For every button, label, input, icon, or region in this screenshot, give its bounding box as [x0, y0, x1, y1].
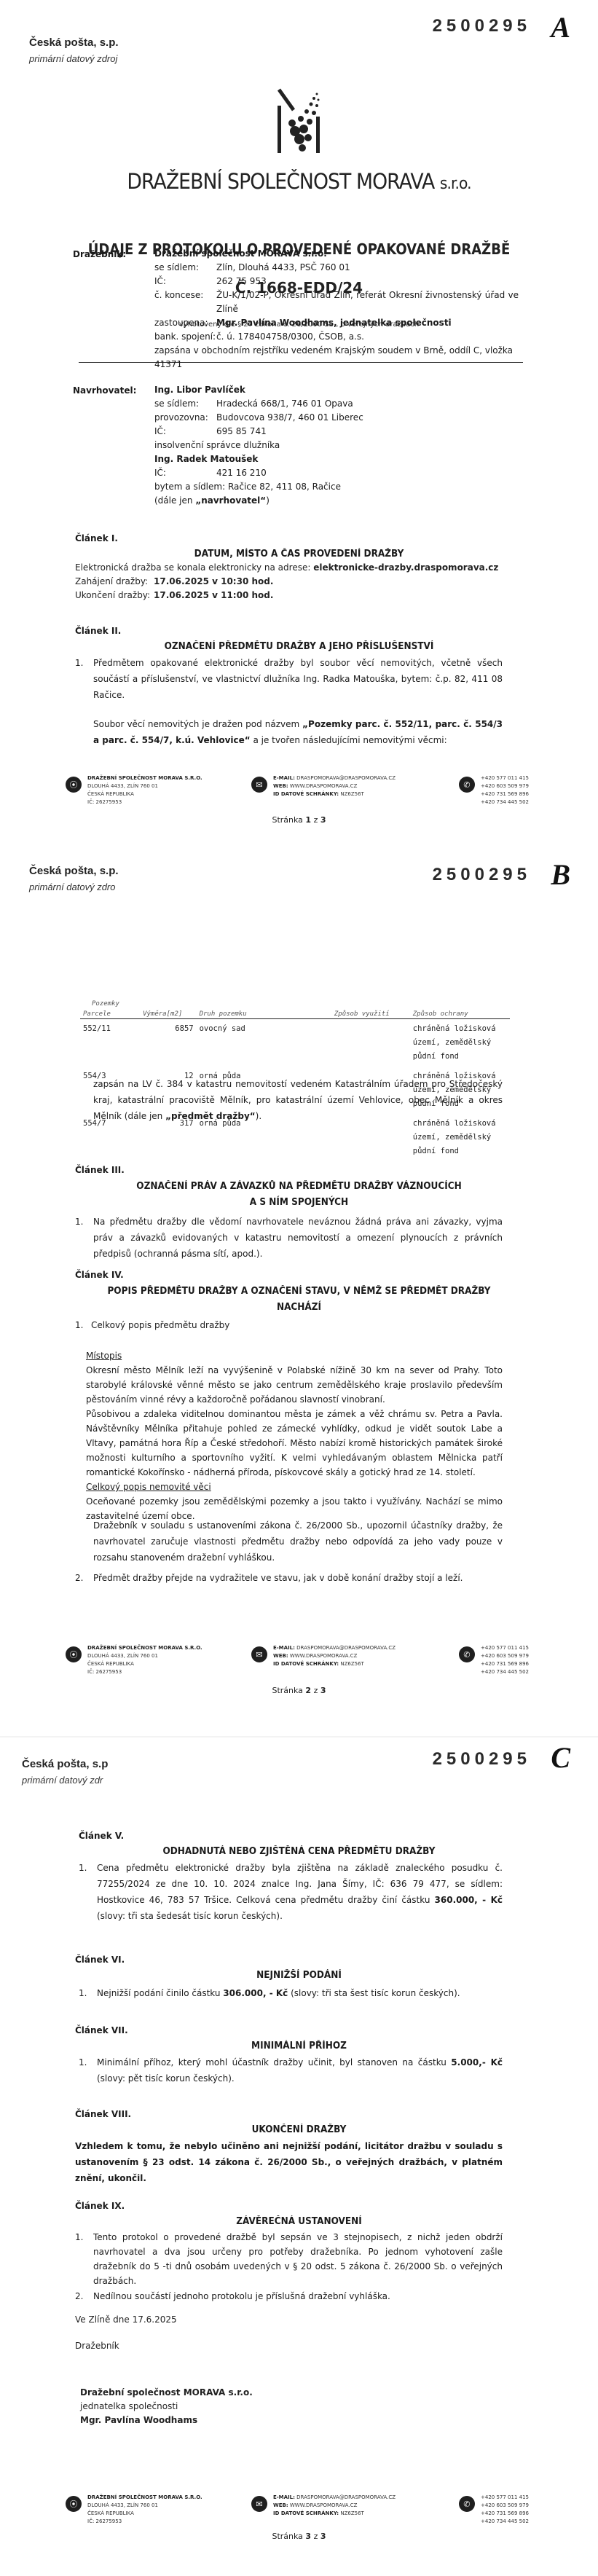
article-3-item-1: 1. Na předmětu dražby dle vědomí navrhov…: [75, 1214, 503, 1262]
table-cell: ovocný sad: [197, 1019, 331, 1067]
debtor-address: bytem a sídlem: Račice 82, 411 08, Račic…: [154, 480, 519, 494]
article-1-body: Elektronická dražba se konala elektronic…: [75, 561, 512, 602]
field-value: Budovcova 938/7, 460 01 Liberec: [216, 411, 519, 425]
field-value: č. ú. 178404758/0300, ČSOB, a.s.: [216, 330, 519, 344]
column-header: Způsob ochrany: [410, 1010, 510, 1019]
title-line: OZNAČENÍ PRÁV A ZÁVAZKŮ NA PŘEDMĚTU DRAŽ…: [21, 1179, 578, 1195]
email-label: E-MAIL:: [273, 2494, 295, 2500]
footer-ic: IČ: 26275953: [87, 798, 202, 806]
article-8-title: UKONČENÍ DRAŽBY: [21, 2122, 578, 2138]
article-1-label: Článek I.: [75, 533, 118, 543]
article-4-label: Článek IV.: [75, 1270, 124, 1280]
field-label: IČ:: [154, 466, 216, 480]
column-header: Způsob využití: [331, 1010, 410, 1019]
field-label: IČ:: [154, 425, 216, 439]
footer-phone: +420 577 011 415: [481, 1644, 529, 1652]
page-label: Stránka: [272, 815, 302, 825]
list-number: 1.: [75, 1214, 83, 1230]
footer-address: DLOUHÁ 4433, ZLÍN 760 01: [87, 782, 202, 790]
paragraph-text: Předmětem opakované elektronické dražby …: [93, 655, 503, 703]
page-2: Česká pošta, s.p. primární datový zdro 2…: [0, 849, 598, 1737]
page-1: Česká pošta, s.p. primární datový zdroj …: [0, 0, 598, 849]
field-value: 421 16 210: [216, 466, 519, 480]
article-8-body: Vzhledem k tomu, že nebylo učiněno ani n…: [75, 2138, 503, 2186]
ds-label: ID DATOVÉ SCHRÁNKY:: [273, 791, 339, 797]
article-2-title: OZNAČENÍ PŘEDMĚTU DRAŽBY A JEHO PŘÍSLUŠE…: [21, 639, 578, 655]
page-number: Stránka 1 z 3: [0, 815, 598, 825]
signature-company: Dražební společnost MORAVA s.r.o.: [80, 2386, 253, 2400]
paragraph-text: Nedílnou součástí jednoho protokolu je p…: [93, 2288, 503, 2304]
footer-ds: NZ6Z56T: [340, 2510, 363, 2516]
article-4-description: Místopis Okresní město Mělník leží na vy…: [86, 1348, 503, 1523]
table-row: 552/116857ovocný sadchráněná ložisková ú…: [80, 1019, 510, 1067]
place-date: Ve Zlíně dne 17.6.2025: [75, 2313, 177, 2327]
envelope-icon: ✉: [251, 777, 267, 793]
phone-icon: ✆: [459, 1646, 475, 1662]
footer-address: DLOUHÁ 4433, ZLÍN 760 01: [87, 2502, 202, 2510]
table-cell: [331, 1019, 410, 1067]
article-9-item-1: 1. Tento protokol o provedené dražbě byl…: [75, 2230, 503, 2288]
ds-label: ID DATOVÉ SCHRÁNKY:: [273, 2510, 339, 2516]
minimum-increment: 5.000,- Kč: [451, 2057, 503, 2068]
company-name-text: DRAŽEBNÍ SPOLEČNOST MORAVA: [127, 169, 434, 194]
lot-prefix: Soubor věcí nemovitých je dražen pod náz…: [93, 719, 302, 729]
paragraph-text: Předmět dražby přejde na vydražitele ve …: [93, 1570, 503, 1586]
article-9-item-2: 2. Nedílnou součástí jednoho protokolu j…: [75, 2288, 503, 2304]
page-total: 3: [320, 2532, 326, 2541]
paragraph-text: Na předmětu dražby dle vědomí navrhovate…: [93, 1214, 503, 1262]
footer-phone: +420 603 509 979: [481, 2502, 529, 2510]
article-9-title: ZÁVĚREČNÁ USTANOVENÍ: [21, 2214, 578, 2230]
field-label: bank. spojení:: [154, 330, 216, 344]
auctioneer-block: Dražební společnost MORAVA s.r.o. se síd…: [154, 247, 519, 372]
page-letter: A: [551, 10, 570, 44]
article-7-item-1: 1. Minimální příhoz, který mohl účastník…: [79, 2054, 503, 2086]
list-number: 1.: [79, 1860, 87, 1876]
start-label: Zahájení dražby:: [75, 575, 154, 589]
footer-phone: +420 734 445 502: [481, 798, 529, 806]
field-value: 695 85 741: [216, 425, 519, 439]
field-label: se sídlem:: [154, 397, 216, 411]
auction-intro: Elektronická dražba se konala elektronic…: [75, 562, 313, 573]
paragraph-text: Působivou a zdaleka viditelnou dominanto…: [86, 1407, 503, 1480]
footer-email[interactable]: DRASPOMORAVA@DRASPOMORAVA.CZ: [296, 1645, 396, 1651]
footer-phone: +420 603 509 979: [481, 1652, 529, 1660]
footer-phone: +420 603 509 979: [481, 782, 529, 790]
footer-phone: +420 734 445 502: [481, 2518, 529, 2526]
footer-ds: NZ6Z56T: [340, 1661, 363, 1667]
auctioneer-name: Dražební společnost MORAVA s.r.o.: [154, 247, 519, 261]
registry-text: zapsán na LV č. 384 v katastru nemovitos…: [93, 1079, 503, 1121]
registry-suffix: ).: [256, 1111, 262, 1121]
list-number: 1.: [79, 2054, 87, 2070]
debtor-name: Ing. Radek Matoušek: [154, 452, 519, 466]
phone-icon: ✆: [459, 2496, 475, 2512]
footer-country: ČESKÁ REPUBLIKA: [87, 1660, 202, 1668]
article-1-title: DATUM, MÍSTO A ČAS PROVEDENÍ DRAŽBY: [21, 546, 578, 562]
alias-prefix: (dále jen: [154, 495, 195, 506]
paragraph-text: Nejnižší podání činilo částku 306.000, -…: [97, 1985, 503, 2001]
column-header: Druh pozemku: [197, 1010, 331, 1019]
article-2-item-1: 1. Předmětem opakované elektronické draž…: [75, 655, 503, 703]
envelope-icon: ✉: [251, 2496, 267, 2512]
page-sep: z: [314, 1686, 318, 1695]
phone-icon: ✆: [459, 777, 475, 793]
footer-phone: +420 577 011 415: [481, 774, 529, 782]
auctioneer-label: Dražebník:: [73, 249, 126, 259]
list-number: 1.: [75, 1317, 83, 1333]
footer-phone: +420 577 011 415: [481, 2494, 529, 2502]
list-number: 2.: [75, 1570, 83, 1586]
article-4-item-2: 2. Předmět dražby přejde na vydražitele …: [75, 1570, 503, 1586]
page-letter: B: [551, 857, 570, 892]
footer-phone: +420 731 569 896: [481, 790, 529, 798]
paragraph-text: Celkový popis předmětu dražby: [91, 1317, 503, 1333]
post-source: primární datový zdr: [22, 1775, 108, 1786]
post-stamp: Česká pošta, s.p. primární datový zdro: [29, 865, 119, 892]
post-stamp: Česká pošta, s.p. primární datový zdroj: [29, 36, 119, 64]
footer-web[interactable]: WWW.DRASPOMORAVA.CZ: [290, 1653, 358, 1659]
proposer-alias: (dále jen „navrhovatel“): [154, 494, 519, 508]
estimated-price: 360.000, - Kč: [435, 1895, 503, 1905]
signature-role: Dražebník: [75, 2339, 119, 2353]
table-cell: chráněná ložisková území, zemědělský půd…: [410, 1019, 510, 1067]
page-letter: C: [551, 1740, 570, 1775]
article-4-item-1: 1. Celkový popis předmětu dražby: [75, 1317, 503, 1333]
web-label: WEB:: [273, 1653, 288, 1659]
proposer-role: insolvenční správce dlužníka: [154, 439, 519, 452]
table-cell: 6857: [140, 1019, 197, 1067]
field-value: ŽU-K/1/02-P, Okresní úřad Zlín, referát …: [216, 288, 519, 316]
end-label: Ukončení dražby:: [75, 589, 154, 602]
paragraph-text: Okresní město Mělník leží na vyvýšenině …: [86, 1363, 503, 1407]
footer-email[interactable]: DRASPOMORAVA@DRASPOMORAVA.CZ: [296, 775, 396, 781]
lot-suffix: a je tvořen následujícími nemovitými věc…: [251, 735, 447, 745]
article-3-label: Článek III.: [75, 1165, 125, 1175]
alias: „navrhovatel“: [195, 495, 266, 506]
paragraph-text: Cena předmětu elektronické dražby byla z…: [97, 1860, 503, 1924]
table-cell: 552/11: [80, 1019, 140, 1067]
article-5-label: Článek V.: [79, 1831, 124, 1841]
post-stamp: Česká pošta, s.p primární datový zdr: [22, 1758, 108, 1786]
lowest-bid: 306.000, - Kč: [223, 1988, 288, 1998]
field-value: Hradecká 668/1, 746 01 Opava: [216, 397, 519, 411]
footer-ds: NZ6Z56T: [340, 791, 363, 797]
article-6-item-1: 1. Nejnižší podání činilo částku 306.000…: [79, 1985, 503, 2001]
page-total: 3: [320, 1686, 326, 1695]
paragraph-text: Minimální příhoz, který mohl účastník dr…: [97, 2054, 503, 2086]
field-value: Zlín, Dlouhá 4433, PSČ 760 01: [216, 261, 519, 275]
field-label: zastoupena:: [154, 316, 216, 330]
company-name: DRAŽEBNÍ SPOLEČNOST MORAVA s.r.o.: [24, 169, 574, 194]
footer-company: DRAŽEBNÍ SPOLEČNOST MORAVA S.R.O.: [87, 2494, 202, 2502]
column-header: Parcele: [80, 1010, 140, 1019]
post-name: Česká pošta, s.p.: [29, 36, 119, 49]
field-value: 262 75 953: [216, 275, 519, 288]
article-6-label: Článek VI.: [75, 1955, 125, 1965]
reference-number: 2500295: [433, 16, 531, 36]
registry-note: zapsána v obchodním rejstříku vedeném Kr…: [154, 344, 519, 372]
increment-text: Minimální příhoz, který mohl účastník dr…: [97, 2057, 451, 2068]
web-label: WEB:: [273, 783, 288, 789]
footer-address: DLOUHÁ 4433, ZLÍN 760 01: [87, 1652, 202, 1660]
title-line: A S NÍM SPOJENÝCH: [21, 1195, 578, 1211]
footer-phone: +420 731 569 896: [481, 1660, 529, 1668]
proposer-name: Ing. Libor Pavlíček: [154, 383, 519, 397]
article-7-label: Článek VII.: [75, 2025, 128, 2035]
email-label: E-MAIL:: [273, 1645, 295, 1651]
page-3: Česká pošta, s.p primární datový zdr 250…: [0, 1737, 598, 2576]
footer-ic: IČ: 26275953: [87, 2518, 202, 2526]
company-suffix: s.r.o.: [440, 175, 471, 193]
footer-phone: +420 731 569 896: [481, 2510, 529, 2518]
article-5-title: ODHADNUTÁ NEBO ZJIŠTĚNÁ CENA PŘEDMĚTU DR…: [21, 1844, 578, 1860]
table-caption: Pozemky: [92, 1000, 119, 1008]
footer-company: DRAŽEBNÍ SPOLEČNOST MORAVA S.R.O.: [87, 774, 202, 782]
field-label: č. koncese:: [154, 288, 216, 316]
envelope-icon: ✉: [251, 1646, 267, 1662]
end-value: 17.06.2025 v 11:00 hod.: [154, 589, 273, 602]
location-pin-icon: ⦿: [66, 2496, 82, 2512]
article-8-label: Článek VIII.: [75, 2109, 131, 2119]
article-4-note: Dražebník v souladu s ustanoveními zákon…: [93, 1517, 503, 1566]
post-name: Česká pošta, s.p.: [29, 865, 119, 877]
list-number: 2.: [75, 2288, 83, 2304]
article-2-registry: zapsán na LV č. 384 v katastru nemovitos…: [93, 1076, 503, 1124]
page-current: 1: [305, 815, 311, 825]
list-number: 1.: [75, 655, 83, 671]
page-label: Stránka: [272, 1686, 302, 1695]
article-3-title: OZNAČENÍ PRÁV A ZÁVAZKŮ NA PŘEDMĚTU DRAŽ…: [21, 1179, 578, 1211]
alias-suffix: ): [266, 495, 270, 506]
page-number: Stránka 3 z 3: [0, 2532, 598, 2541]
reference-number: 2500295: [433, 865, 531, 885]
subheading-popis: Celkový popis nemovité věci: [86, 1482, 211, 1492]
title-line: NACHÁZÍ: [21, 1300, 578, 1316]
post-source: primární datový zdro: [29, 881, 119, 892]
field-label: se sídlem:: [154, 261, 216, 275]
bid-text: Nejnižší podání činilo částku: [97, 1988, 223, 1998]
price-words: (slovy: tři sta šedesát tisíc korun česk…: [97, 1911, 283, 1921]
subheading-mistopis: Místopis: [86, 1351, 122, 1361]
field-value: Mgr. Pavlína Woodhams, jednatelka společ…: [216, 316, 519, 330]
list-number: 1.: [75, 2230, 83, 2245]
footer-web[interactable]: WWW.DRASPOMORAVA.CZ: [290, 2502, 358, 2508]
paragraph-text: Tento protokol o provedené dražbě byl se…: [93, 2230, 503, 2288]
article-2-lot-name: Soubor věcí nemovitých je dražen pod náz…: [93, 716, 503, 748]
footer-company: DRAŽEBNÍ SPOLEČNOST MORAVA S.R.O.: [87, 1644, 202, 1652]
footer-country: ČESKÁ REPUBLIKA: [87, 2510, 202, 2518]
footer-web[interactable]: WWW.DRASPOMORAVA.CZ: [290, 783, 358, 789]
reference-number: 2500295: [433, 1749, 531, 1770]
page-current: 3: [305, 2532, 311, 2541]
bid-words: (slovy: tři sta šest tisíc korun českých…: [288, 1988, 460, 1998]
page-number: Stránka 2 z 3: [0, 1686, 598, 1695]
page-label: Stránka: [272, 2532, 302, 2541]
footer-country: ČESKÁ REPUBLIKA: [87, 790, 202, 798]
increment-words: (slovy: pět tisíc korun českých).: [97, 2073, 235, 2084]
post-name: Česká pošta, s.p: [22, 1758, 108, 1770]
footer-email[interactable]: DRASPOMORAVA@DRASPOMORAVA.CZ: [296, 2494, 396, 2500]
footer-phone: +420 734 445 502: [481, 1668, 529, 1676]
article-7-title: MINIMÁLNÍ PŘÍHOZ: [21, 2038, 578, 2054]
proposer-label: Navrhovatel:: [73, 385, 136, 396]
start-value: 17.06.2025 v 10:30 hod.: [154, 575, 273, 589]
web-label: WEB:: [273, 2502, 288, 2508]
email-label: E-MAIL:: [273, 775, 295, 781]
proposer-block: Ing. Libor Pavlíček se sídlem:Hradecká 6…: [154, 383, 519, 508]
location-pin-icon: ⦿: [66, 777, 82, 793]
signature-position: jednatelka společnosti: [80, 2400, 253, 2414]
registry-alias: „předmět dražby“: [165, 1111, 256, 1121]
article-4-title: POPIS PŘEDMĚTU DRAŽBY A OZNAČENÍ STAVU, …: [21, 1284, 578, 1316]
field-label: IČ:: [154, 275, 216, 288]
page-sep: z: [314, 2532, 318, 2541]
signature-name: Mgr. Pavlína Woodhams: [80, 2414, 253, 2427]
title-line: POPIS PŘEDMĚTU DRAŽBY A OZNAČENÍ STAVU, …: [21, 1284, 578, 1300]
location-pin-icon: ⦿: [66, 1646, 82, 1662]
page-sep: z: [314, 815, 318, 825]
footer-ic: IČ: 26275953: [87, 1668, 202, 1676]
page-total: 3: [320, 815, 326, 825]
post-source: primární datový zdroj: [29, 53, 119, 64]
article-9-label: Článek IX.: [75, 2201, 125, 2211]
company-logo-icon: [273, 84, 324, 157]
signature-block: Dražební společnost MORAVA s.r.o. jednat…: [80, 2386, 253, 2427]
auction-url[interactable]: elektronicke-drazby.draspomorava.cz: [313, 562, 498, 573]
field-label: provozovna:: [154, 411, 216, 425]
article-6-title: NEJNIŽŠÍ PODÁNÍ: [21, 1968, 578, 1984]
list-number: 1.: [79, 1985, 87, 2001]
article-2-label: Článek II.: [75, 626, 121, 636]
page-current: 2: [305, 1686, 311, 1695]
article-5-item-1: 1. Cena předmětu elektronické dražby byl…: [79, 1860, 503, 1924]
column-header: Výměra[m2]: [140, 1010, 197, 1019]
ds-label: ID DATOVÉ SCHRÁNKY:: [273, 1661, 339, 1667]
